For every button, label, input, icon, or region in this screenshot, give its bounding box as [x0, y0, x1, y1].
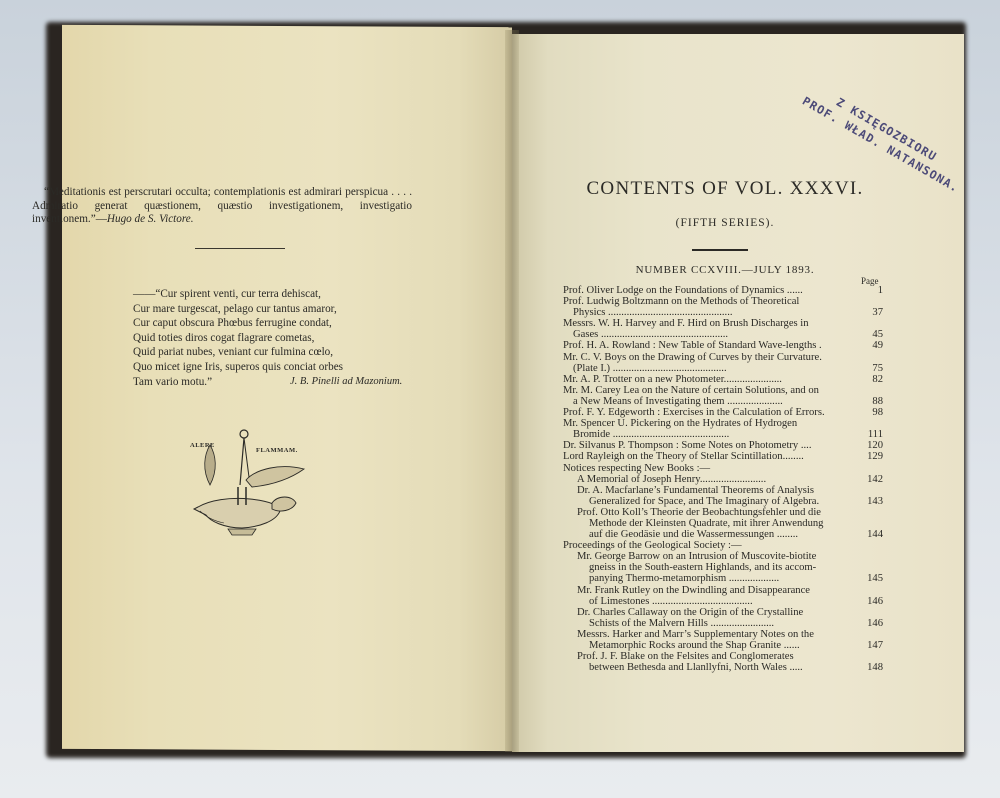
toc-page-number: 146 [855, 618, 883, 629]
toc-entry-line: Prof. Oliver Lodge on the Foundations of… [563, 285, 853, 296]
toc-entry-line: Methode der Kleinsten Quadrate, mit ihre… [577, 518, 853, 529]
toc-entry-title: Prof. F. Y. Edgeworth : Exercises in the… [563, 407, 853, 418]
divider-rule [195, 248, 285, 249]
poem-line: Quo micet igne Iris, superos quis concia… [133, 360, 413, 375]
latin-poem: ——“Cur spirent venti, cur terra dehiscat… [133, 287, 413, 389]
toc-entry: Prof. H. A. Rowland : New Table of Stand… [563, 340, 883, 351]
poem-line: Cur mare turgescat, pelago cur tantus am… [133, 302, 413, 317]
toc-entry-line: Prof. Otto Koll’s Theorie der Beobachtun… [577, 507, 853, 518]
toc-entry-title: Mr. M. Carey Lea on the Nature of certai… [563, 385, 853, 407]
toc-entry-line: Prof. J. F. Blake on the Felsites and Co… [577, 651, 853, 662]
toc-entry-title: Lord Rayleigh on the Theory of Stellar S… [563, 451, 853, 462]
toc-entry: Mr. A. P. Trotter on a new Photometer...… [563, 374, 883, 385]
toc-page-number: 111 [855, 429, 883, 440]
emblem-label-left: ALERE [190, 442, 215, 449]
toc-page-number: 147 [855, 640, 883, 651]
poem-line: Cur caput obscura Phœbus ferrugine conda… [133, 316, 413, 331]
poem-attribution: J. B. Pinelli ad Mazonium. [290, 376, 402, 387]
motto-text: “Meditationis est perscrutari occulta; c… [32, 186, 412, 225]
toc-entry-line: Prof. H. A. Rowland : New Table of Stand… [563, 340, 853, 351]
toc-entry-title: Prof. H. A. Rowland : New Table of Stand… [563, 340, 853, 351]
toc-entry-title: Dr. A. Macfarlane’s Fundamental Theorems… [577, 485, 853, 507]
toc-page-number: 146 [855, 596, 883, 607]
toc-entry-line: Physics ................................… [563, 307, 853, 318]
toc-entry-line: Gases ..................................… [563, 329, 853, 340]
toc-entry-line: Bromide ................................… [563, 429, 853, 440]
toc-entry-title: Messrs. Harker and Marr’s Supplementary … [577, 629, 853, 651]
toc-page-number: 88 [855, 396, 883, 407]
toc-entry: Dr. Charles Callaway on the Origin of th… [563, 607, 883, 629]
series-subtitle: (FIFTH SERIES). [560, 217, 890, 229]
table-of-contents: Prof. Oliver Lodge on the Foundations of… [563, 285, 883, 673]
toc-entry-title: Dr. Charles Callaway on the Origin of th… [577, 607, 853, 629]
toc-page-number: 45 [855, 329, 883, 340]
toc-entry-title: Mr. Spencer U. Pickering on the Hydrates… [563, 418, 853, 440]
toc-entry-line: Dr. A. Macfarlane’s Fundamental Theorems… [577, 485, 853, 496]
toc-entry-line: Metamorphic Rocks around the Shap Granit… [577, 640, 853, 651]
toc-entry: Dr. A. Macfarlane’s Fundamental Theorems… [563, 485, 883, 507]
toc-entry-line: Lord Rayleigh on the Theory of Stellar S… [563, 451, 853, 462]
toc-entry-line: Mr. George Barrow on an Intrusion of Mus… [577, 551, 853, 562]
toc-entry-line: Notices respecting New Books :— [563, 463, 853, 474]
toc-entry: Prof. F. Y. Edgeworth : Exercises in the… [563, 407, 883, 418]
toc-entry: Messrs. W. H. Harvey and F. Hird on Brus… [563, 318, 883, 340]
toc-entry-line: of Limestones ..........................… [577, 596, 853, 607]
toc-entry: Dr. Silvanus P. Thompson : Some Notes on… [563, 440, 883, 451]
toc-page-number: 148 [855, 662, 883, 673]
toc-entry-line: Dr. Charles Callaway on the Origin of th… [577, 607, 853, 618]
toc-entry-title: Mr. C. V. Boys on the Drawing of Curves … [563, 352, 853, 374]
toc-entry-line: Mr. Spencer U. Pickering on the Hydrates… [563, 418, 853, 429]
toc-entry-line: Mr. A. P. Trotter on a new Photometer...… [563, 374, 853, 385]
toc-entry: Prof. Oliver Lodge on the Foundations of… [563, 285, 883, 296]
toc-entry-line: Mr. M. Carey Lea on the Nature of certai… [563, 385, 853, 396]
toc-entry-title: Mr. A. P. Trotter on a new Photometer...… [563, 374, 853, 385]
toc-page-number: 49 [855, 340, 883, 351]
toc-entry-title: Prof. Otto Koll’s Theorie der Beobachtun… [577, 507, 853, 540]
toc-entry-line: auf die Geodäsie und die Wassermessungen… [577, 529, 853, 540]
toc-entry-line: Messrs. Harker and Marr’s Supplementary … [577, 629, 853, 640]
toc-entry-title: Dr. Silvanus P. Thompson : Some Notes on… [563, 440, 853, 451]
toc-entry-title: Notices respecting New Books :— [563, 463, 853, 474]
toc-entry: Prof. Ludwig Boltzmann on the Methods of… [563, 296, 883, 318]
divider-rule [692, 249, 748, 251]
poem-line: ——“Cur spirent venti, cur terra dehiscat… [133, 287, 413, 302]
toc-entry: Prof. J. F. Blake on the Felsites and Co… [563, 651, 883, 673]
toc-entry: Prof. Otto Koll’s Theorie der Beobachtun… [563, 507, 883, 540]
emblem-label-right: FLAMMAM. [256, 447, 298, 454]
motto-attribution: Hugo de S. Victore. [107, 213, 194, 225]
toc-entry: Mr. M. Carey Lea on the Nature of certai… [563, 385, 883, 407]
toc-page-number: 129 [855, 451, 883, 462]
toc-entry-line: Proceedings of the Geological Society :— [563, 540, 853, 551]
toc-entry-title: Mr. George Barrow on an Intrusion of Mus… [577, 551, 853, 584]
toc-entry-line: A Memorial of Joseph Henry..............… [577, 474, 853, 485]
toc-page-number: 1 [855, 285, 883, 296]
toc-entry-title: Messrs. W. H. Harvey and F. Hird on Brus… [563, 318, 853, 340]
toc-entry-line: Mr. Frank Rutley on the Dwindling and Di… [577, 585, 853, 596]
page-title: CONTENTS OF VOL. XXXVI. [560, 178, 890, 200]
poem-line: Quid toties diros cogat flagrare cometas… [133, 331, 413, 346]
toc-page-number: 120 [855, 440, 883, 451]
toc-entry-line: Prof. F. Y. Edgeworth : Exercises in the… [563, 407, 853, 418]
toc-page-number: 82 [855, 374, 883, 385]
toc-page-number: 37 [855, 307, 883, 318]
toc-entry-line: between Bethesda and Llanllyfni, North W… [577, 662, 853, 673]
toc-entry-line: Prof. Ludwig Boltzmann on the Methods of… [563, 296, 853, 307]
toc-entry-title: Proceedings of the Geological Society :— [563, 540, 853, 551]
toc-entry: Mr. Spencer U. Pickering on the Hydrates… [563, 418, 883, 440]
toc-entry: Mr. Frank Rutley on the Dwindling and Di… [563, 585, 883, 607]
poem-line: Quid pariat nubes, veniant cur fulmina c… [133, 345, 413, 360]
toc-entry-line: Schists of the Malvern Hills ...........… [577, 618, 853, 629]
toc-entry-title: A Memorial of Joseph Henry..............… [577, 474, 853, 485]
issue-heading: NUMBER CCXVIII.—JULY 1893. [560, 264, 890, 276]
toc-entry: Lord Rayleigh on the Theory of Stellar S… [563, 451, 883, 462]
toc-entry-line: Dr. Silvanus P. Thompson : Some Notes on… [563, 440, 853, 451]
toc-entry-title: Mr. Frank Rutley on the Dwindling and Di… [577, 585, 853, 607]
toc-page-number: 98 [855, 407, 883, 418]
toc-entry: Messrs. Harker and Marr’s Supplementary … [563, 629, 883, 651]
toc-page-number: 145 [855, 573, 883, 584]
toc-entry-title: Prof. Ludwig Boltzmann on the Methods of… [563, 296, 853, 318]
oil-lamp-emblem-icon: ALERE FLAMMAM. [180, 425, 310, 545]
toc-entry: Proceedings of the Geological Society :— [563, 540, 883, 551]
toc-page-number: 143 [855, 496, 883, 507]
toc-entry: Mr. George Barrow on an Intrusion of Mus… [563, 551, 883, 584]
toc-page-number: 75 [855, 363, 883, 374]
toc-page-number: 142 [855, 474, 883, 485]
toc-entry-title: Prof. J. F. Blake on the Felsites and Co… [577, 651, 853, 673]
toc-entry-line: Messrs. W. H. Harvey and F. Hird on Brus… [563, 318, 853, 329]
toc-page-number: 144 [855, 529, 883, 540]
toc-entry-line: panying Thermo-metamorphism ............… [577, 573, 853, 584]
toc-entry-title: Prof. Oliver Lodge on the Foundations of… [563, 285, 853, 296]
latin-motto: “Meditationis est perscrutari occulta; c… [32, 186, 412, 227]
toc-entry-line: (Plate I.) .............................… [563, 363, 853, 374]
toc-entry-line: Mr. C. V. Boys on the Drawing of Curves … [563, 352, 853, 363]
toc-entry-line: gneiss in the South-eastern Highlands, a… [577, 562, 853, 573]
toc-entry: A Memorial of Joseph Henry..............… [563, 474, 883, 485]
toc-entry: Notices respecting New Books :— [563, 463, 883, 474]
toc-entry: Mr. C. V. Boys on the Drawing of Curves … [563, 352, 883, 374]
book-gutter [505, 30, 519, 752]
toc-entry-line: Generalized for Space, and The Imaginary… [577, 496, 853, 507]
toc-entry-line: a New Means of Investigating them ......… [563, 396, 853, 407]
